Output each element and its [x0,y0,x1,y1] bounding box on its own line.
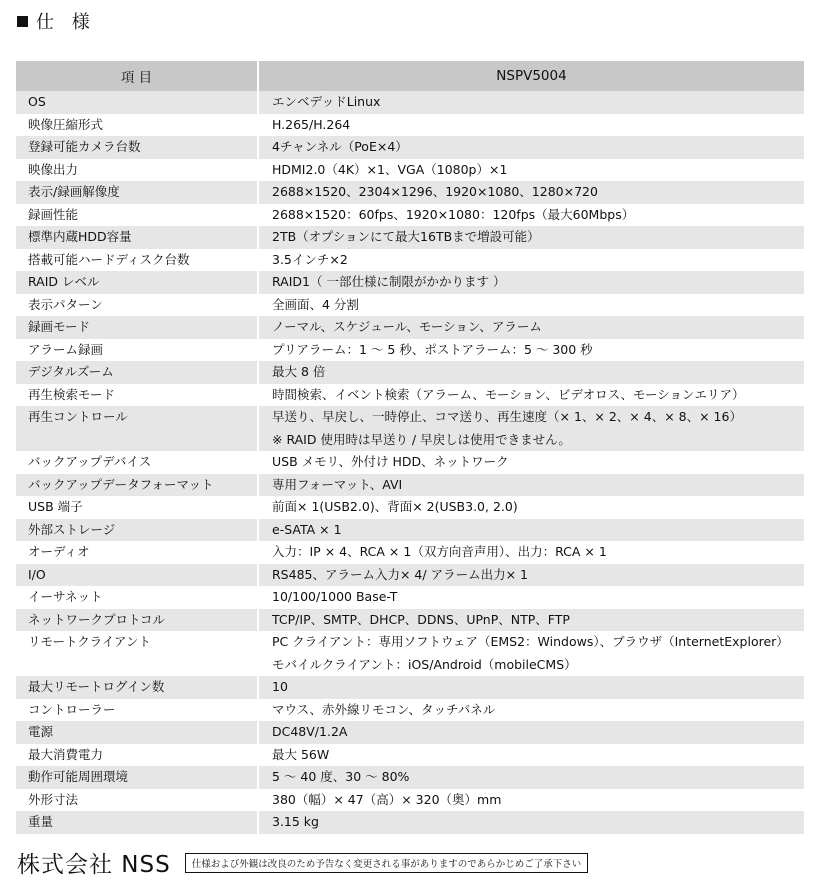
spec-value-line: 2TB（オプションにて最大16TBまで増設可能） [272,226,804,249]
spec-value-line: 2688×1520、2304×1296、1920×1080、1280×720 [272,181,804,204]
spec-value: マウス、赤外線リモコン、タッチパネル [258,699,804,722]
spec-value-line: ※ RAID 使用時は早送り / 早戻しは使用できません。 [272,429,804,452]
table-row: 登録可能カメラ台数4チャンネル（PoE×4） [16,136,804,159]
spec-item-label: アラーム録画 [16,339,258,362]
spec-value: 2688×1520、2304×1296、1920×1080、1280×720 [258,181,804,204]
spec-item-text: 再生検索モード [28,384,257,407]
square-bullet-icon [17,16,28,27]
spec-item-text: 表示パターン [28,294,257,317]
spec-value-line: PC クライアント：専用ソフトウェア（EMS2：Windows）、ブラウザ（In… [272,631,804,654]
spec-value-line: 最大 8 倍 [272,361,804,384]
spec-item-label: 電源 [16,721,258,744]
spec-item-text: リモートクライアント [28,631,257,654]
spec-item-label: バックアップデータフォーマット [16,474,258,497]
spec-item-label: I/O [16,564,258,587]
table-row: 録画性能2688×1520：60fps、1920×1080：120fps（最大6… [16,204,804,227]
spec-value-line: エンベデッドLinux [272,91,804,114]
notice-box: 仕様および外観は改良のため予告なく変更される事がありますのであらかじめご了承下さ… [185,853,589,873]
spec-value-line: 380（幅）× 47（高）× 320（奥）mm [272,789,804,812]
spec-value: RAID1（ 一部仕様に制限がかかります ） [258,271,804,294]
spec-value: 10 [258,676,804,699]
column-header-item: 項 目 [16,61,258,91]
spec-item-label: コントローラー [16,699,258,722]
spec-item-text: 登録可能カメラ台数 [28,136,257,159]
spec-value: プリアラーム：1 ～ 5 秒、ポストアラーム：5 ～ 300 秒 [258,339,804,362]
spec-value: H.265/H.264 [258,114,804,137]
table-row: USB 端子前面× 1(USB2.0)、背面× 2(USB3.0, 2.0) [16,496,804,519]
spec-value: ノーマル、スケジュール、モーション、アラーム [258,316,804,339]
table-row: 映像圧縮形式H.265/H.264 [16,114,804,137]
spec-item-label: USB 端子 [16,496,258,519]
company-name: 株式会社 NSS [17,846,171,879]
spec-value: 前面× 1(USB2.0)、背面× 2(USB3.0, 2.0) [258,496,804,519]
table-row: 表示パターン全画面、4 分割 [16,294,804,317]
table-row: バックアップデバイスUSB メモリ、外付け HDD、ネットワーク [16,451,804,474]
spec-item-label: 再生コントロール [16,406,258,451]
spec-item-text: 映像出力 [28,159,257,182]
spec-value: TCP/IP、SMTP、DHCP、DDNS、UPnP、NTP、FTP [258,609,804,632]
spec-value-line: 2688×1520：60fps、1920×1080：120fps（最大60Mbp… [272,204,804,227]
spec-item-text: バックアップデバイス [28,451,257,474]
spec-item-label: ネットワークプロトコル [16,609,258,632]
spec-item-text: コントローラー [28,699,257,722]
spec-item-label: 搭載可能ハードディスク台数 [16,249,258,272]
spec-value-line: 10 [272,676,804,699]
spec-value-line: プリアラーム：1 ～ 5 秒、ポストアラーム：5 ～ 300 秒 [272,339,804,362]
spec-value-line: マウス、赤外線リモコン、タッチパネル [272,699,804,722]
spec-table: 項 目 NSPV5004 OSエンベデッドLinux映像圧縮形式H.265/H.… [16,61,804,834]
spec-value-line: RAID1（ 一部仕様に制限がかかります ） [272,271,804,294]
spec-value: 3.15 kg [258,811,804,834]
table-header-row: 項 目 NSPV5004 [16,61,804,91]
spec-item-text: USB 端子 [28,496,257,519]
table-row: 表示/録画解像度2688×1520、2304×1296、1920×1080、12… [16,181,804,204]
table-row: 標準内蔵HDD容量2TB（オプションにて最大16TBまで増設可能） [16,226,804,249]
spec-value-line: 時間検索、イベント検索（アラーム、モーション、ビデオロス、モーションエリア） [272,384,804,407]
spec-value: 3.5インチ×2 [258,249,804,272]
spec-value: 早送り、早戻し、一時停止、コマ送り、再生速度（× 1、× 2、× 4、× 8、×… [258,406,804,451]
spec-item-label: 動作可能周囲環境 [16,766,258,789]
spec-item-text: 外形寸法 [28,789,257,812]
spec-value-line: 3.15 kg [272,811,804,834]
spec-item-text: 動作可能周囲環境 [28,766,257,789]
spec-item-text: 映像圧縮形式 [28,114,257,137]
spec-item-label: バックアップデバイス [16,451,258,474]
spec-item-text: イーサネット [28,586,257,609]
column-header-model: NSPV5004 [258,61,804,91]
spec-item-text: 搭載可能ハードディスク台数 [28,249,257,272]
spec-item-text: 録画モード [28,316,257,339]
spec-item-text: 最大消費電力 [28,744,257,767]
spec-value-line: HDMI2.0（4K）×1、VGA（1080p）×1 [272,159,804,182]
spec-value: 専用フォーマット、AVI [258,474,804,497]
spec-item-label: 映像出力 [16,159,258,182]
spec-value-line: 全画面、4 分割 [272,294,804,317]
spec-item-text: ネットワークプロトコル [28,609,257,632]
spec-value: エンベデッドLinux [258,91,804,114]
spec-item-label: 表示パターン [16,294,258,317]
spec-value: 全画面、4 分割 [258,294,804,317]
spec-value: 入力：IP × 4、RCA × 1（双方向音声用）、出力：RCA × 1 [258,541,804,564]
spec-item-label: 表示/録画解像度 [16,181,258,204]
spec-item-label: 映像圧縮形式 [16,114,258,137]
spec-item-label: 再生検索モード [16,384,258,407]
table-row: I/ORS485、アラーム入力× 4/ アラーム出力× 1 [16,564,804,587]
spec-value-line: 10/100/1000 Base-T [272,586,804,609]
spec-item-label: 標準内蔵HDD容量 [16,226,258,249]
spec-item-label: リモートクライアント [16,631,258,676]
spec-item-label: 外部ストレージ [16,519,258,542]
table-row: 最大リモートログイン数10 [16,676,804,699]
spec-item-label: 録画性能 [16,204,258,227]
spec-value: HDMI2.0（4K）×1、VGA（1080p）×1 [258,159,804,182]
spec-item-text: 標準内蔵HDD容量 [28,226,257,249]
spec-item-text: デジタルズーム [28,361,257,384]
spec-value-line: 早送り、早戻し、一時停止、コマ送り、再生速度（× 1、× 2、× 4、× 8、×… [272,406,804,429]
spec-item-text: 再生コントロール [28,406,257,429]
table-row: アラーム録画プリアラーム：1 ～ 5 秒、ポストアラーム：5 ～ 300 秒 [16,339,804,362]
spec-item-text: アラーム録画 [28,339,257,362]
table-row: 動作可能周囲環境5 ～ 40 度、30 ～ 80% [16,766,804,789]
table-row: 再生コントロール早送り、早戻し、一時停止、コマ送り、再生速度（× 1、× 2、×… [16,406,804,451]
spec-value: PC クライアント：専用ソフトウェア（EMS2：Windows）、ブラウザ（In… [258,631,804,676]
spec-value: USB メモリ、外付け HDD、ネットワーク [258,451,804,474]
spec-value: 時間検索、イベント検索（アラーム、モーション、ビデオロス、モーションエリア） [258,384,804,407]
spec-value: 5 ～ 40 度、30 ～ 80% [258,766,804,789]
spec-value: 10/100/1000 Base-T [258,586,804,609]
spec-value-line: H.265/H.264 [272,114,804,137]
spec-item-text: 最大リモートログイン数 [28,676,257,699]
section-title-text: 仕 様 [36,8,96,34]
spec-item-label: 登録可能カメラ台数 [16,136,258,159]
table-row: 搭載可能ハードディスク台数3.5インチ×2 [16,249,804,272]
table-row: 最大消費電力最大 56W [16,744,804,767]
spec-item-label: OS [16,91,258,114]
spec-value: RS485、アラーム入力× 4/ アラーム出力× 1 [258,564,804,587]
spec-value-line: RS485、アラーム入力× 4/ アラーム出力× 1 [272,564,804,587]
table-row: RAID レベルRAID1（ 一部仕様に制限がかかります ） [16,271,804,294]
spec-value-line: DC48V/1.2A [272,721,804,744]
section-title: 仕 様 [17,8,96,34]
spec-value-line: 前面× 1(USB2.0)、背面× 2(USB3.0, 2.0) [272,496,804,519]
spec-item-text: 録画性能 [28,204,257,227]
spec-value-line: 最大 56W [272,744,804,767]
table-row: 電源DC48V/1.2A [16,721,804,744]
table-row: OSエンベデッドLinux [16,91,804,114]
spec-value-line: USB メモリ、外付け HDD、ネットワーク [272,451,804,474]
spec-item-text: 外部ストレージ [28,519,257,542]
footer: 株式会社 NSS 仕様および外観は改良のため予告なく変更される事がありますのであ… [17,846,588,879]
spec-value-line: 5 ～ 40 度、30 ～ 80% [272,766,804,789]
spec-value: 2TB（オプションにて最大16TBまで増設可能） [258,226,804,249]
spec-value-line: e-SATA × 1 [272,519,804,542]
spec-item-text: RAID レベル [28,271,257,294]
spec-item-label: 外形寸法 [16,789,258,812]
table-row: 外形寸法380（幅）× 47（高）× 320（奥）mm [16,789,804,812]
spec-item-text: バックアップデータフォーマット [28,474,257,497]
spec-item-label: デジタルズーム [16,361,258,384]
spec-item-text: I/O [28,564,257,587]
spec-value-line: 3.5インチ×2 [272,249,804,272]
spec-value: 380（幅）× 47（高）× 320（奥）mm [258,789,804,812]
spec-item-label: 最大リモートログイン数 [16,676,258,699]
table-row: デジタルズーム最大 8 倍 [16,361,804,384]
spec-item-text: 表示/録画解像度 [28,181,257,204]
table-row: 映像出力HDMI2.0（4K）×1、VGA（1080p）×1 [16,159,804,182]
spec-value: 最大 56W [258,744,804,767]
table-row: リモートクライアントPC クライアント：専用ソフトウェア（EMS2：Window… [16,631,804,676]
spec-item-label: 重量 [16,811,258,834]
spec-value-line: TCP/IP、SMTP、DHCP、DDNS、UPnP、NTP、FTP [272,609,804,632]
spec-item-text: オーディオ [28,541,257,564]
spec-item-label: 最大消費電力 [16,744,258,767]
table-row: イーサネット10/100/1000 Base-T [16,586,804,609]
spec-value: 最大 8 倍 [258,361,804,384]
spec-value-line: ノーマル、スケジュール、モーション、アラーム [272,316,804,339]
spec-item-label: オーディオ [16,541,258,564]
spec-item-text: OS [28,91,257,114]
spec-value: DC48V/1.2A [258,721,804,744]
spec-item-label: 録画モード [16,316,258,339]
spec-value: 2688×1520：60fps、1920×1080：120fps（最大60Mbp… [258,204,804,227]
spec-value: e-SATA × 1 [258,519,804,542]
table-row: 重量3.15 kg [16,811,804,834]
table-row: 録画モードノーマル、スケジュール、モーション、アラーム [16,316,804,339]
spec-value-line: 入力：IP × 4、RCA × 1（双方向音声用）、出力：RCA × 1 [272,541,804,564]
spec-item-label: RAID レベル [16,271,258,294]
table-row: 外部ストレージe-SATA × 1 [16,519,804,542]
spec-table-body: OSエンベデッドLinux映像圧縮形式H.265/H.264登録可能カメラ台数4… [16,91,804,834]
spec-value-line: モバイルクライアント：iOS/Android（mobileCMS） [272,654,804,677]
spec-item-text: 電源 [28,721,257,744]
table-row: 再生検索モード時間検索、イベント検索（アラーム、モーション、ビデオロス、モーショ… [16,384,804,407]
table-row: オーディオ入力：IP × 4、RCA × 1（双方向音声用）、出力：RCA × … [16,541,804,564]
table-row: コントローラーマウス、赤外線リモコン、タッチパネル [16,699,804,722]
spec-value: 4チャンネル（PoE×4） [258,136,804,159]
table-row: ネットワークプロトコルTCP/IP、SMTP、DHCP、DDNS、UPnP、NT… [16,609,804,632]
table-row: バックアップデータフォーマット専用フォーマット、AVI [16,474,804,497]
spec-item-label: イーサネット [16,586,258,609]
spec-value-line: 4チャンネル（PoE×4） [272,136,804,159]
spec-value-line: 専用フォーマット、AVI [272,474,804,497]
spec-item-text: 重量 [28,811,257,834]
